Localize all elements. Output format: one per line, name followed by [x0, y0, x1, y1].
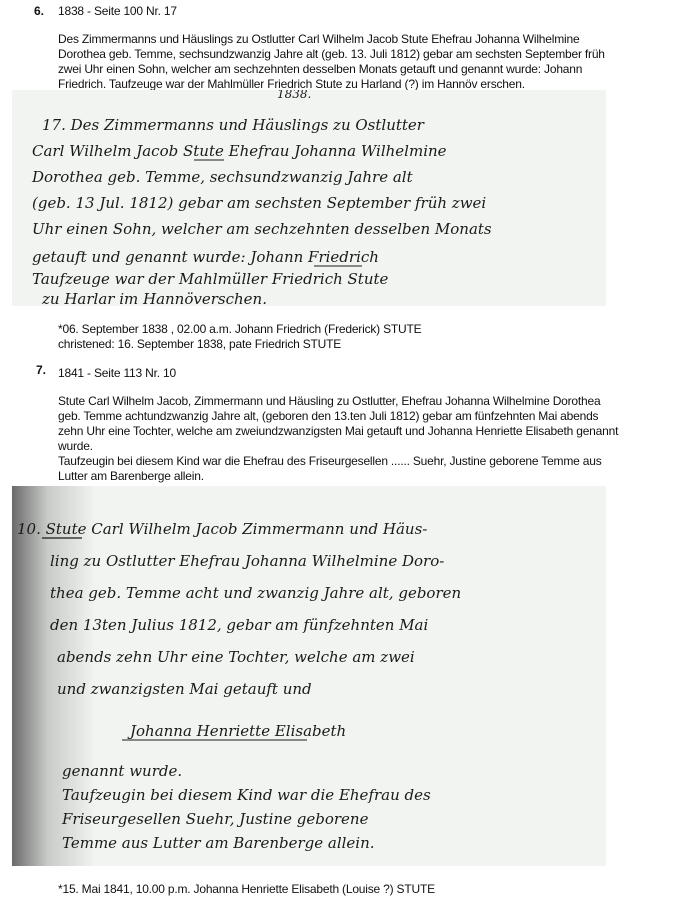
handwritten-scan-image: 1838. 17. Des Zimmermanns und Häuslings …	[12, 90, 606, 306]
svg-text:(geb. 13 Jul. 1812) gebar am s: (geb. 13 Jul. 1812) gebar am sechsten Se…	[32, 194, 486, 212]
birth-summary: *06. September 1838 , 02.00 a.m. Johann …	[58, 322, 421, 337]
svg-text:Dorothea geb. Temme, sechsundz: Dorothea geb. Temme, sechsundzwanzig Jah…	[31, 168, 414, 186]
svg-text:17. Des Zimmermanns und Häusli: 17. Des Zimmermanns und Häuslings zu Ost…	[42, 116, 425, 134]
entry-number: 7.	[36, 363, 46, 377]
svg-text:Johanna Henriette Elisabeth: Johanna Henriette Elisabeth	[127, 722, 346, 740]
transcription-line: zehn Uhr eine Tochter, welche am zweiund…	[58, 424, 694, 439]
svg-text:10. Stute Carl Wilhelm Jacob Z: 10. Stute Carl Wilhelm Jacob Zimmermann …	[17, 520, 427, 538]
scan-year-mark: 1838.	[277, 90, 311, 101]
svg-text:zu Harlar im Hannöverschen.: zu Harlar im Hannöverschen.	[41, 290, 267, 306]
transcription-line: Lutter am Barenberge allein.	[58, 469, 694, 484]
scan-handwriting: 10. Stute Carl Wilhelm Jacob Zimmermann …	[12, 486, 606, 866]
transcription-line: Des Zimmermanns und Häuslings zu Ostlutt…	[58, 32, 694, 47]
svg-text:Taufzeuge war der Mahlmüller F: Taufzeuge war der Mahlmüller Friedrich S…	[32, 270, 389, 288]
transcription-line: Dorothea geb. Temme, sechsundzwanzig Jah…	[58, 47, 694, 62]
transcription-line: geb. Temme achtundzwanzig Jahre alt, (ge…	[58, 409, 694, 424]
svg-text:genannt wurde.: genannt wurde.	[62, 762, 182, 780]
transcription-paragraph: Stute Carl Wilhelm Jacob, Zimmermann und…	[58, 394, 694, 484]
svg-text:Uhr einen Sohn, welcher am sec: Uhr einen Sohn, welcher am sechzehnten d…	[32, 220, 492, 238]
svg-text:den 13ten Julius 1812, gebar a: den 13ten Julius 1812, gebar am fünfzehn…	[50, 616, 428, 634]
svg-text:Carl Wilhelm Jacob Stute Ehefr: Carl Wilhelm Jacob Stute Ehefrau Johanna…	[32, 142, 447, 160]
entry-number: 6.	[34, 4, 44, 18]
svg-text:ling zu Ostlutter Ehefrau Joha: ling zu Ostlutter Ehefrau Johanna Wilhel…	[50, 552, 444, 570]
transcription-line: wurde.	[58, 439, 694, 454]
entry-heading: 1838 - Seite 100 Nr. 17	[58, 4, 177, 19]
svg-text:getauft und genannt wurde: Joh: getauft und genannt wurde: Johann Friedr…	[32, 248, 379, 266]
scan-handwriting: 1838. 17. Des Zimmermanns und Häuslings …	[12, 90, 606, 306]
handwritten-scan-image: 10. Stute Carl Wilhelm Jacob Zimmermann …	[12, 486, 606, 866]
svg-text:und zwanzigsten Mai getauft un: und zwanzigsten Mai getauft und	[57, 680, 312, 698]
birth-summary: *15. Mai 1841, 10.00 p.m. Johanna Henrie…	[58, 882, 435, 897]
svg-text:Temme aus Lutter am Barenberge: Temme aus Lutter am Barenberge allein.	[62, 834, 375, 852]
entry-heading: 1841 - Seite 113 Nr. 10	[58, 366, 176, 381]
svg-text:abends zehn Uhr eine Tochter,: abends zehn Uhr eine Tochter, welche am …	[57, 648, 415, 666]
transcription-line: zwei Uhr einen Sohn, welcher am sechzehn…	[58, 62, 694, 77]
svg-text:Friseurgesellen Suehr, Justine: Friseurgesellen Suehr, Justine geborene	[61, 810, 369, 828]
svg-text:Taufzeugin bei diesem Kind war: Taufzeugin bei diesem Kind war die Ehefr…	[62, 786, 431, 804]
transcription-line: Stute Carl Wilhelm Jacob, Zimmermann und…	[58, 394, 694, 409]
transcription-line: Taufzeugin bei diesem Kind war die Ehefr…	[58, 454, 694, 469]
christening-summary: christened: 16. September 1838, pate Fri…	[58, 337, 341, 352]
svg-text:thea geb. Temme acht und zwanz: thea geb. Temme acht und zwanzig Jahre a…	[50, 584, 461, 602]
transcription-paragraph: Des Zimmermanns und Häuslings zu Ostlutt…	[58, 32, 694, 92]
